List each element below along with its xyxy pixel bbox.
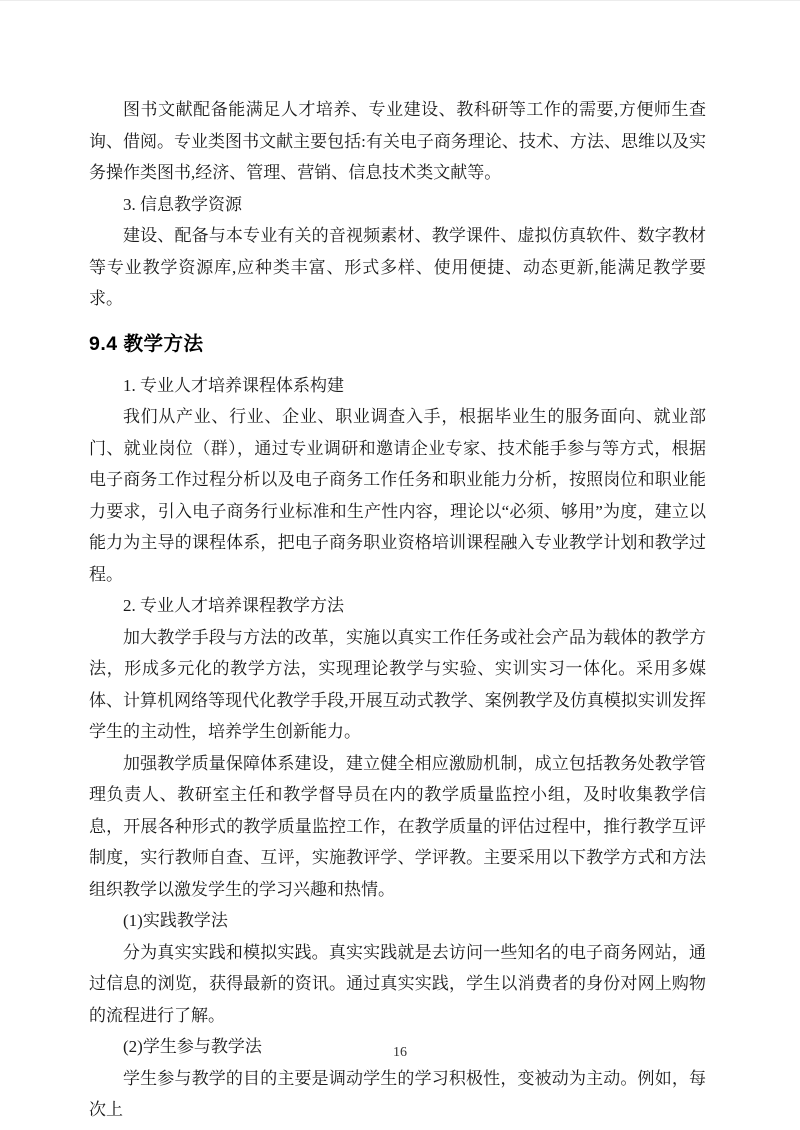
paragraph-curriculum-construction: 我们从产业、行业、企业、职业调查入手，根据毕业生的服务面向、就业部门、就业岗位（… xyxy=(89,401,706,590)
paragraph-student-participation: 学生参与教学的目的主要是调动学生的学习积极性，变被动为主动。例如，每次上 xyxy=(89,1063,706,1126)
subheading-info-teaching-resources: 3. 信息教学资源 xyxy=(89,189,706,221)
paragraph-practice-teaching: 分为真实实践和模拟实践。真实实践就是去访问一些知名的电子商务网站，通过信息的浏览… xyxy=(89,937,706,1032)
document-page: 图书文献配备能满足人才培养、专业建设、教科研等工作的需要,方便师生查询、借阅。专… xyxy=(0,0,800,1130)
paragraph-quality-assurance: 加强教学质量保障体系建设，建立健全相应激励机制，成立包括教务处教学管理负责人、教… xyxy=(89,748,706,906)
subheading-practice-teaching-method: (1)实践教学法 xyxy=(89,905,706,937)
page-number: 16 xyxy=(0,1045,800,1061)
paragraph-library-resources: 图书文献配备能满足人才培养、专业建设、教科研等工作的需要,方便师生查询、借阅。专… xyxy=(89,94,706,189)
section-heading-9-4-teaching-methods: 9.4 教学方法 xyxy=(89,329,706,359)
page-content: 图书文献配备能满足人才培养、专业建设、教科研等工作的需要,方便师生查询、借阅。专… xyxy=(89,94,706,1126)
subheading-1-curriculum-system: 1. 专业人才培养课程体系构建 xyxy=(89,370,706,402)
paragraph-info-teaching-resources: 建设、配备与本专业有关的音视频素材、教学课件、虚拟仿真软件、数字教材等专业教学资… xyxy=(89,220,706,315)
subheading-2-course-teaching-methods: 2. 专业人才培养课程教学方法 xyxy=(89,590,706,622)
paragraph-teaching-methods-reform: 加大教学手段与方法的改革，实施以真实工作任务或社会产品为载体的教学方法，形成多元… xyxy=(89,622,706,748)
